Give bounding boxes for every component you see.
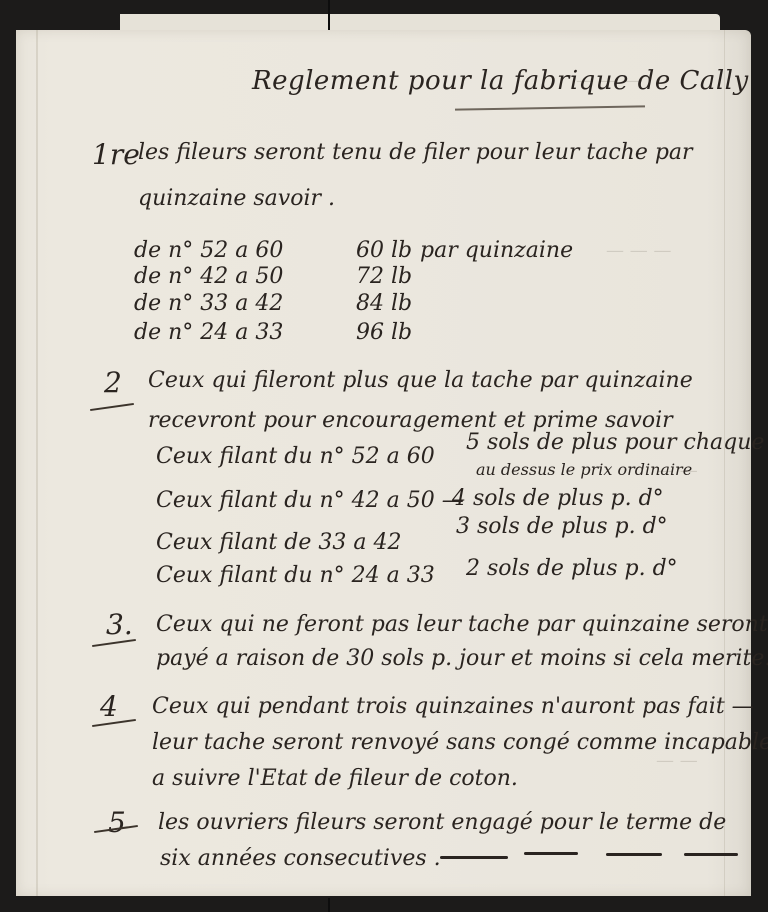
table-range: de n° 52 a 60 bbox=[134, 238, 283, 263]
table-range: de n° 42 a 50 bbox=[134, 264, 283, 289]
bonus-label: Ceux filant du n° 42 a 50 — bbox=[156, 488, 464, 513]
closing-dash bbox=[684, 853, 738, 856]
document-title: Reglement pour la fabrique de Cally bbox=[252, 66, 749, 96]
article-number: 3. bbox=[106, 608, 133, 641]
bonus-label: Ceux filant de 33 a 42 bbox=[156, 530, 401, 555]
article-number: 4 bbox=[100, 690, 118, 723]
bonus-value: 2 sols de plus p. d° bbox=[466, 556, 678, 581]
article-line: leur tache seront renvoyé sans congé com… bbox=[152, 730, 768, 755]
article-line: six années consecutives . bbox=[160, 846, 441, 871]
bleed-through: — — — bbox=[606, 240, 671, 261]
bonus-sub: au dessus le prix ordinaire bbox=[476, 460, 692, 479]
bonus-label: Ceux filant du n° 52 a 60 bbox=[156, 444, 435, 469]
article-line: payé a raison de 30 sols p. jour et moin… bbox=[156, 646, 768, 671]
table-note: par quinzaine bbox=[420, 238, 573, 263]
closing-dash bbox=[524, 852, 578, 855]
article-line: Ceux qui pendant trois quinzaines n'auro… bbox=[152, 694, 754, 719]
closing-dash bbox=[606, 853, 662, 856]
article-line: quinzaine savoir . bbox=[138, 186, 335, 211]
article-number: 5 bbox=[108, 806, 126, 839]
article-number: 2 bbox=[104, 366, 122, 399]
table-amount: 60 lb bbox=[356, 238, 412, 263]
spine-line-top bbox=[328, 0, 330, 30]
closing-dash bbox=[440, 856, 508, 859]
article-line: Ceux qui ne feront pas leur tache par qu… bbox=[156, 612, 768, 637]
bonus-value: 3 sols de plus p. d° bbox=[456, 514, 668, 539]
article-line: a suivre l'Etat de fileur de coton. bbox=[152, 766, 518, 791]
article-line: les fileurs seront tenu de filer pour le… bbox=[138, 140, 693, 165]
article-number: 1re bbox=[92, 138, 140, 171]
table-amount: 96 lb bbox=[356, 320, 412, 345]
table-amount: 84 lb bbox=[356, 291, 412, 316]
bonus-value: 4 sols de plus p. d° bbox=[452, 486, 664, 511]
table-range: de n° 24 a 33 bbox=[134, 320, 283, 345]
spine-line-bottom bbox=[328, 898, 330, 912]
bonus-value: 5 sols de plus pour chaque livre bbox=[466, 430, 768, 455]
table-range: de n° 33 a 42 bbox=[134, 291, 283, 316]
bonus-label: Ceux filant du n° 24 a 33 bbox=[156, 563, 435, 588]
article-line: Ceux qui fileront plus que la tache par … bbox=[148, 368, 693, 393]
table-amount: 72 lb bbox=[356, 264, 412, 289]
article-line: les ouvriers fileurs seront engagé pour … bbox=[158, 810, 726, 835]
